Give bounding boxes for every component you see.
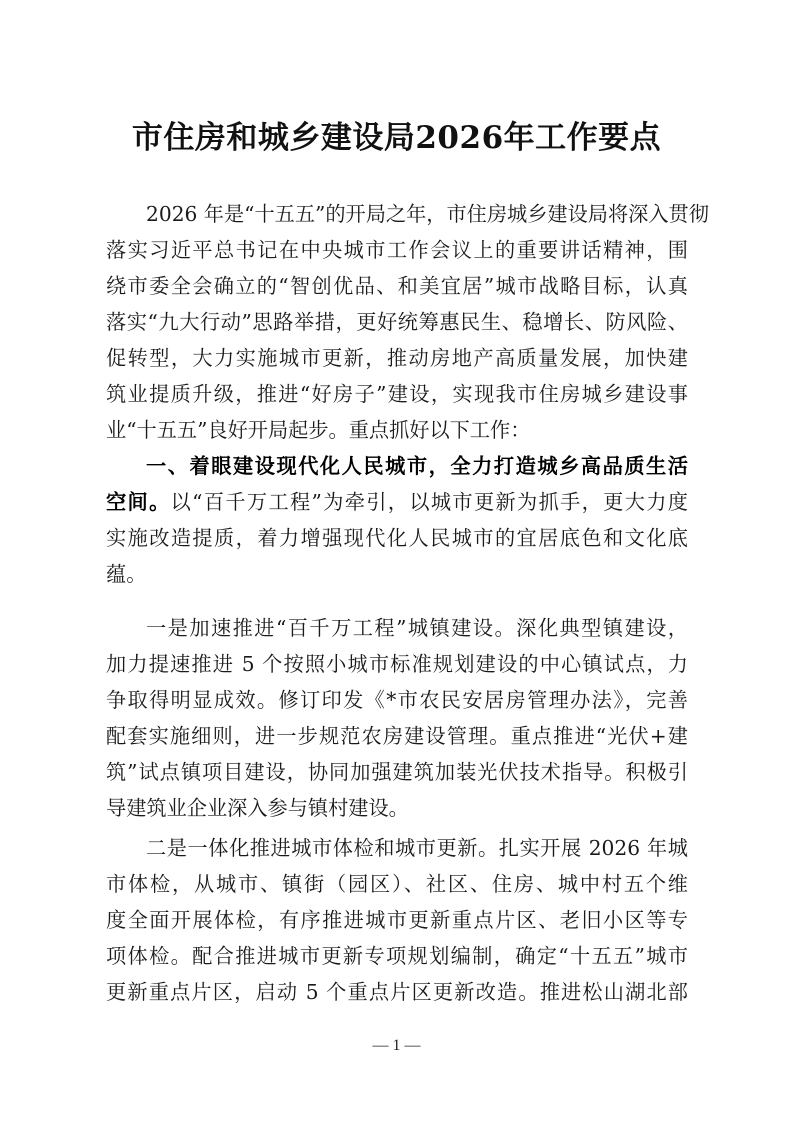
item2-heading: 一体化推进城市体检和城市更新。扎实开展 2026 年城 xyxy=(188,836,688,860)
intro-line: 落实“九大行动”思路举措，更好统筹惠民生、稳增长、防风险、 xyxy=(106,304,688,340)
item1-first-line: 一是加速推进“百千万工程”城镇建设。深化典型镇建设， xyxy=(146,610,688,646)
intro-line: 落实习近平总书记在中央城市工作会议上的重要讲话精神，围 xyxy=(106,232,688,268)
section-line: 实施改造提质，着力增强现代化人民城市的宜居底色和文化底 xyxy=(106,520,688,556)
item2-line: 项体检。配合推进城市更新专项规划编制，确定“十五五”城市 xyxy=(106,938,688,974)
item1-line: 加力提速推进 5 个按照小城市标准规划建设的中心镇试点，力 xyxy=(106,646,688,682)
page-number: — 1 — xyxy=(0,1037,793,1055)
intro-line: 业“十五五”良好开局起步。重点抓好以下工作： xyxy=(106,412,688,448)
item1-line: 配套实施细则，进一步规范农房建设管理。重点推进“光伏+建 xyxy=(106,718,688,754)
section-heading-end: 空间。 xyxy=(106,490,171,514)
intro-line: 筑业提质升级，推进“好房子”建设，实现我市住房城乡建设事 xyxy=(106,376,688,412)
item1-lead: 一是 xyxy=(146,616,189,640)
item1-line: 筑”试点镇项目建设，协同加强建筑加装光伏技术指导。积极引 xyxy=(106,754,688,790)
document-page: 市住房和城乡建设局2026年工作要点 2026 年是“十五五”的开局之年，市住房… xyxy=(0,0,793,1122)
intro-line: 2026 年是“十五五”的开局之年，市住房城乡建设局将深入贯彻 xyxy=(146,196,688,232)
item2-line: 更新重点片区，启动 5 个重点片区更新改造。推进松山湖北部 xyxy=(106,974,688,1010)
item1-heading: 加速推进“百千万工程”城镇建设。深化典型镇建设， xyxy=(189,616,688,640)
document-title: 市住房和城乡建设局2026年工作要点 xyxy=(0,112,793,157)
item2-line: 市体检，从城市、镇街（园区）、社区、住房、城中村五个维 xyxy=(106,866,688,902)
section-line: 蕴。 xyxy=(106,556,688,592)
item2-line: 度全面开展体检，有序推进城市更新重点片区、老旧小区等专 xyxy=(106,902,688,938)
item2-lead: 二是 xyxy=(146,836,188,860)
item2-first-line: 二是一体化推进城市体检和城市更新。扎实开展 2026 年城 xyxy=(146,830,688,866)
section-heading: 一、着眼建设现代化人民城市，全力打造城乡高品质生活 xyxy=(146,448,688,484)
intro-line: 促转型，大力实施城市更新，推动房地产高质量发展，加快建 xyxy=(106,340,688,376)
intro-line: 绕市委全会确立的“智创优品、和美宜居”城市战略目标，认真 xyxy=(106,268,688,304)
item1-line: 导建筑业企业深入参与镇村建设。 xyxy=(106,790,688,826)
section-summary: 以“百千万工程”为牵引，以城市更新为抓手，更大力度 xyxy=(171,490,688,514)
section-heading-continuation: 空间。以“百千万工程”为牵引，以城市更新为抓手，更大力度 xyxy=(106,484,688,520)
item1-line: 争取得明显成效。修订印发《*市农民安居房管理办法》，完善 xyxy=(106,682,688,718)
